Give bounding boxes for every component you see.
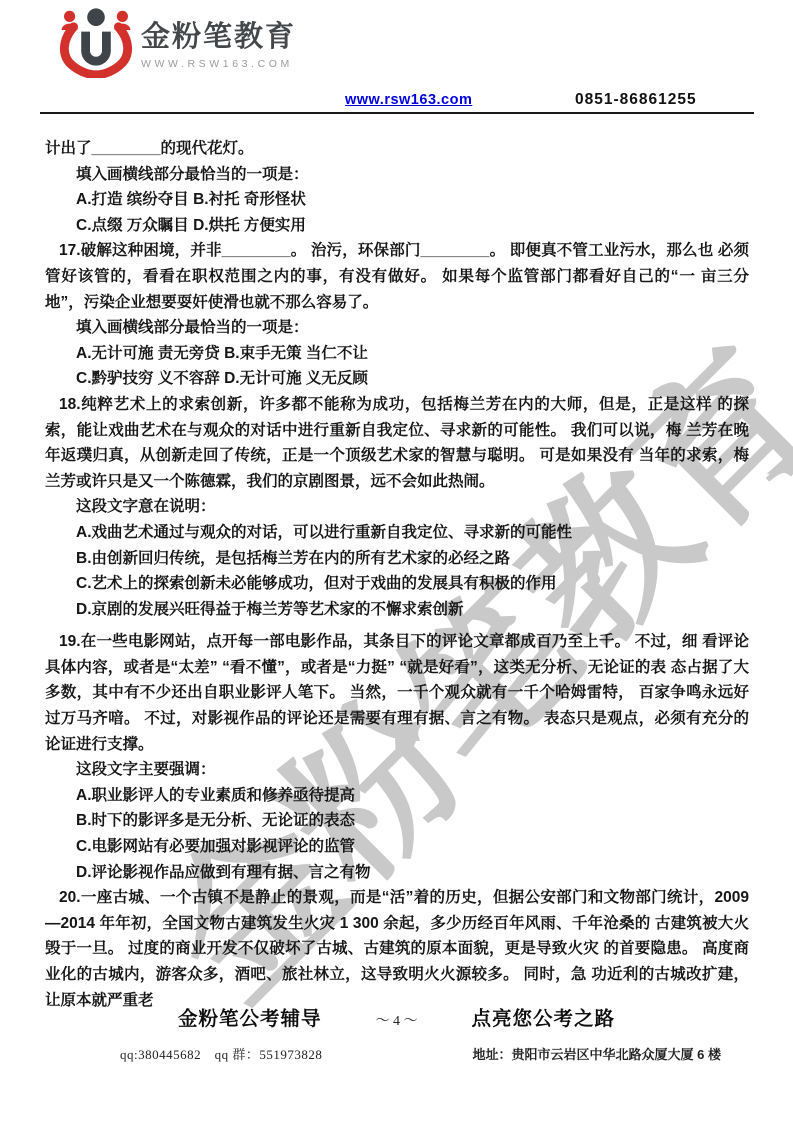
- footer-banner: 金粉笔公考辅导 ～ 4 ～ 点亮您公考之路: [0, 1003, 793, 1031]
- website-link[interactable]: www.rsw163.com: [345, 92, 472, 108]
- footer-slogan-left: 金粉笔公考辅导: [178, 1003, 322, 1031]
- question-17-prompt: 填入画横线部分最恰当的一项是：: [45, 315, 749, 341]
- footer-contact-row: qq:380445682 qq 群：551973828 地址：贵阳市云岩区中华北…: [0, 1044, 793, 1063]
- header-divider: [40, 112, 754, 114]
- question-17-options-ab: A.无计可施 责无旁贷 B.束手无策 当仁不让: [45, 341, 749, 367]
- footer-address: 地址：贵阳市云岩区中华北路众厦大厦 6 楼: [473, 1044, 721, 1063]
- question-17-options-cd: C.黔驴技穷 义不容辞 D.无计可施 义无反顾: [45, 366, 749, 392]
- question-18-option-a: A.戏曲艺术通过与观众的对话，可以进行重新自我定位、寻求新的可能性: [45, 520, 749, 546]
- question-18-option-c: C.艺术上的探索创新未必能够成功，但对于戏曲的发展具有积极的作用: [45, 571, 749, 597]
- brand-text-block: 金粉笔教育 WWW.RSW163.COM: [141, 14, 296, 70]
- question-18-option-d: D.京剧的发展兴旺得益于梅兰芳等艺术家的不懈求索创新: [45, 597, 749, 623]
- question-17-text: 17.破解这种困境，并非________。 治污，环保部门________。 即…: [45, 238, 749, 315]
- question-19-option-a: A.职业影评人的专业素质和修养亟待提高: [45, 783, 749, 809]
- question-18-prompt: 这段文字意在说明：: [45, 494, 749, 520]
- question-19-option-d: D.评论影视作品应做到有理有据、言之有物: [45, 860, 749, 886]
- page-header: 金粉笔教育 WWW.RSW163.COM www.rsw163.com 0851…: [0, 0, 793, 112]
- question-16-options-ab: A.打造 缤纷夺目 B.衬托 奇形怪状: [45, 187, 749, 213]
- question-19-prompt: 这段文字主要强调：: [45, 757, 749, 783]
- footer-qq-contacts: qq:380445682 qq 群：551973828: [120, 1044, 322, 1063]
- question-19-option-b: B.时下的影评多是无分析、无论证的表态: [45, 808, 749, 834]
- brand-name: 金粉笔教育: [141, 14, 296, 55]
- brand-logo: 金粉笔教育 WWW.RSW163.COM: [55, 6, 296, 78]
- question-19-option-c: C.电影网站有必要加强对影视评论的监管: [45, 834, 749, 860]
- question-content: 计出了________的现代花灯。 填入画横线部分最恰当的一项是： A.打造 缤…: [45, 136, 749, 1013]
- page-number: ～ 4 ～: [376, 1010, 418, 1030]
- question-20-text: 20.一座古城、一个古镇不是静止的景观，而是“活”着的历史，但据公安部门和文物部…: [45, 885, 749, 1013]
- phone-number: 0851-86861255: [575, 91, 697, 109]
- question-18-text: 18.纯粹艺术上的求索创新，许多都不能称为成功，包括梅兰芳在内的大师，但是，正是…: [45, 392, 749, 494]
- document-page: 金粉笔教育 金粉笔教育 WWW.RSW163.COM www.rsw16: [0, 0, 793, 1122]
- question-16-options-cd: C.点缀 万众瞩目 D.烘托 方便实用: [45, 213, 749, 239]
- footer-slogan-right: 点亮您公考之路: [472, 1003, 616, 1031]
- question-19-text: 19.在一些电影网站，点开每一部电影作品，其条目下的评论文章都成百乃至上千。 不…: [45, 629, 749, 757]
- page-footer: 金粉笔公考辅导 ～ 4 ～ 点亮您公考之路 qq:380445682 qq 群：…: [0, 1003, 793, 1063]
- carryover-line: 计出了________的现代花灯。: [45, 136, 749, 162]
- brand-site-url: WWW.RSW163.COM: [141, 58, 296, 70]
- brand-logo-icon: [55, 6, 137, 78]
- question-16-prompt: 填入画横线部分最恰当的一项是：: [45, 162, 749, 188]
- question-18-option-b: B.由创新回归传统，是包括梅兰芳在内的所有艺术家的必经之路: [45, 546, 749, 572]
